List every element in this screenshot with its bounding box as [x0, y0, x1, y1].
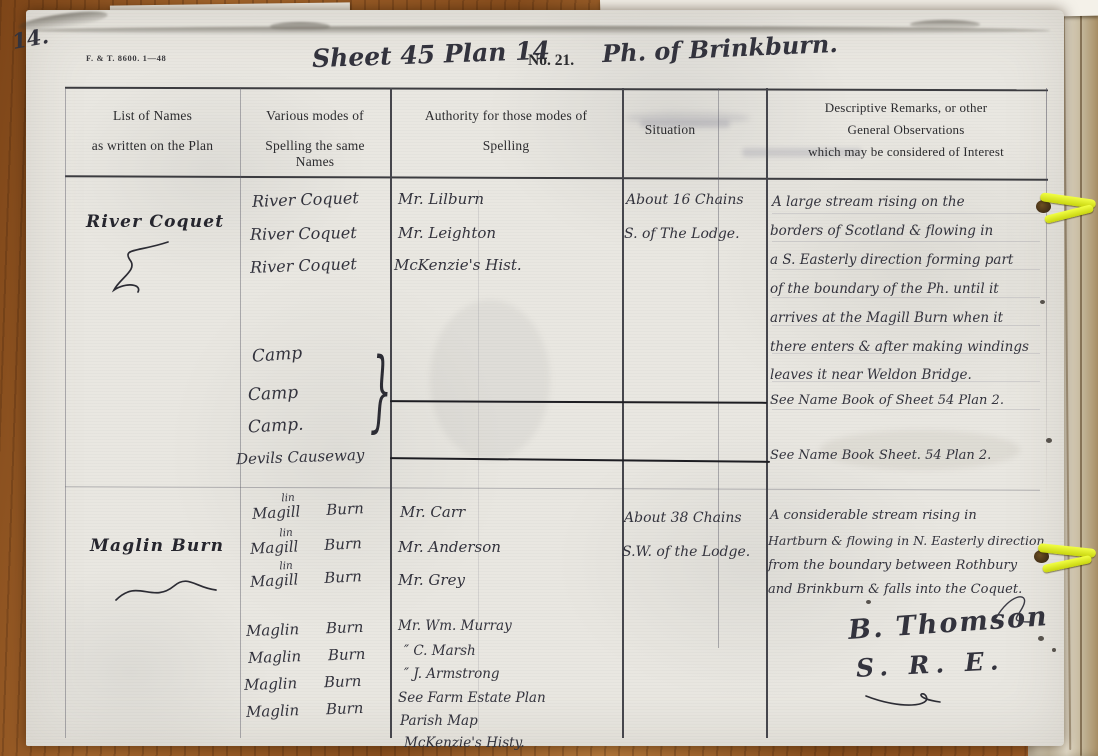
spelling-second-word: Burn — [324, 534, 362, 554]
remark-reference: See Name Book of Sheet 54 Plan 2. — [770, 393, 1004, 408]
signature-flourish — [862, 688, 972, 714]
header-authority: Authority for those modes of Spelling — [395, 108, 617, 154]
authority: Mr. Leighton — [398, 224, 496, 242]
header-line: Various modes of — [245, 108, 385, 124]
spelling-base: Magill — [252, 502, 301, 523]
column-line — [622, 88, 624, 738]
authority: Mr. Grey — [398, 571, 465, 589]
header-list-of-names: List of Names as written on the Plan — [70, 108, 235, 154]
entry-name: Maglin Burn — [90, 536, 224, 556]
header-line: Spelling the same Names — [245, 138, 385, 170]
header-line: General Observations — [770, 122, 1042, 138]
authority: See Farm Estate Plan — [398, 690, 546, 706]
remark-line: and Brinkburn & falls into the Coquet. — [768, 582, 1022, 597]
remark-line: leaves it near Weldon Bridge. — [770, 367, 972, 383]
authority: Parish Map — [400, 713, 478, 729]
torn-edge — [270, 22, 330, 31]
spelling-correction: lin — [279, 560, 293, 573]
remark-line: of the boundary of the Ph. until it — [770, 281, 999, 297]
spelling-variant: Camp — [248, 383, 299, 406]
header-remarks: Descriptive Remarks, or other General Ob… — [770, 100, 1042, 160]
header-line: which may be considered of Interest — [770, 144, 1042, 160]
authority: Mr. Lilburn — [398, 190, 484, 208]
table-left-rule — [65, 88, 66, 738]
ink-speck — [1052, 648, 1056, 652]
spelling-variant: River Coquet — [250, 254, 357, 277]
remark-reference: See Name Book Sheet. 54 Plan 2. — [770, 448, 991, 463]
spelling-variant: Camp — [251, 343, 302, 366]
remark-line: A large stream rising on the — [772, 194, 965, 210]
ink-speck — [1040, 300, 1045, 304]
remark-line: A considerable stream rising in — [770, 508, 977, 523]
torn-edge — [910, 20, 980, 29]
grouping-brace: } — [370, 340, 392, 444]
situation-line: About 16 Chains — [626, 192, 744, 208]
name-flourish — [108, 238, 188, 298]
document-number: No. 21. — [528, 52, 574, 70]
header-spelling-modes: Various modes of Spelling the same Names — [245, 108, 385, 170]
entry-name: River Coquet — [86, 212, 224, 232]
page-edge-line — [1080, 0, 1082, 756]
header-line: Spelling — [395, 138, 617, 154]
spelling-base: Magill — [250, 570, 299, 591]
spelling-correction: lin — [281, 492, 295, 505]
form-code: F. & T. 8600. 1—48 — [86, 53, 166, 63]
authority: McKenzie's Hist. — [394, 256, 522, 274]
authority: McKenzie's Histy. — [404, 735, 525, 751]
spelling-second-word: Burn — [324, 567, 362, 587]
column-line — [766, 88, 768, 738]
remark-line: Hartburn & flowing in N. Easterly direct… — [768, 533, 1045, 548]
authority: Mr. Anderson — [398, 538, 501, 556]
remark-line: a S. Easterly direction forming part — [770, 252, 1013, 268]
spelling-variant: Camp. — [248, 415, 305, 438]
header-line: List of Names — [70, 108, 235, 124]
spelling-second-word: Burn — [326, 499, 364, 519]
remark-line: arrives at the Magill Burn when it — [770, 310, 1003, 326]
table-right-rule — [1046, 88, 1047, 508]
scanned-name-book-page: 14. F. & T. 8600. 1—48 Sheet 45 Plan 14 … — [0, 0, 1098, 756]
authority: Mr. Carr — [400, 503, 465, 521]
spelling-variant: River Coquet — [252, 188, 359, 211]
torn-edge — [30, 26, 1050, 35]
spelling-variant: River Coquet — [250, 223, 357, 244]
situation-line: S. of The Lodge. — [624, 226, 740, 242]
spelling-correction: lin — [279, 527, 293, 540]
situation-line: About 38 Chains — [624, 510, 742, 526]
situation-line: S.W. of the Lodge. — [622, 544, 750, 560]
stain — [430, 300, 550, 460]
ink-speck — [866, 600, 871, 604]
header-situation: Situation — [622, 122, 718, 138]
authority: Mr. Wm. Murray — [398, 618, 512, 634]
authority: ″ J. Armstrong — [404, 666, 500, 682]
spelling-base: Magill — [250, 537, 299, 558]
column-line — [240, 88, 241, 738]
authority: ″ C. Marsh — [404, 643, 476, 659]
header-line: Authority for those modes of — [395, 108, 617, 124]
ink-flourish — [990, 588, 1040, 628]
remark-line: borders of Scotland & flowing in — [770, 223, 993, 239]
name-flourish — [112, 574, 222, 614]
ink-speck — [1038, 636, 1044, 641]
remark-line: from the boundary between Rothbury — [768, 558, 1017, 573]
column-line — [718, 88, 719, 648]
ink-speck — [1046, 438, 1052, 443]
remark-line: there enters & after making windings — [770, 339, 1029, 355]
header-line: Descriptive Remarks, or other — [770, 100, 1042, 116]
header-line: as written on the Plan — [70, 138, 235, 154]
